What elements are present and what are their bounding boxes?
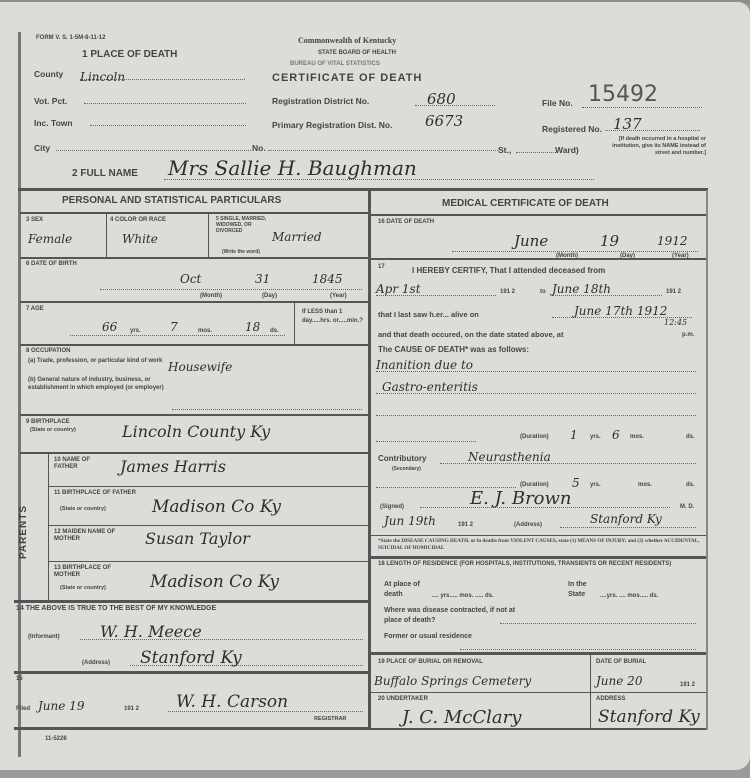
signed-address-field: Stanford Ky (560, 510, 696, 528)
date-of-death-field: June 19 1912 (452, 234, 698, 252)
father-birthplace-value: Madison Co Ky (152, 497, 281, 517)
registration-district-label: Registration District No. (272, 96, 369, 106)
inc-town-field (90, 116, 246, 126)
signed-year: 191 2 (458, 522, 473, 528)
rule (370, 258, 706, 260)
certify-text: I HEREBY CERTIFY, That I attended deceas… (412, 266, 605, 275)
contributory-field: Neurasthenia (440, 448, 696, 464)
contrib-ds-caption: ds. (686, 482, 695, 488)
cause-label: The CAUSE OF DEATH* was as follows: (378, 345, 529, 354)
employer-field (172, 404, 362, 410)
primary-registration-value: 6673 (425, 112, 463, 130)
informant-label: (Informant) (28, 634, 60, 640)
age-field: 66 yrs. 7 mos. 18 ds. (70, 320, 285, 336)
death-time-suffix: p.m. (682, 332, 694, 338)
death-certificate: FORM V. S. 1-5M-8-11-12 1 PLACE OF DEATH… (0, 2, 750, 770)
birthplace-sub: (State or country) (30, 427, 76, 433)
contributory-sub: (Secondary) (392, 466, 421, 472)
city-field (56, 141, 251, 151)
full-name-value: Mrs Sallie H. Baughman (164, 156, 417, 180)
occupation-a-label: (a) Trade, profession, or particular kin… (28, 358, 176, 366)
attended-from-year: 191 2 (500, 289, 515, 295)
county-label: County (34, 69, 63, 79)
occupation-b-label: (b) General nature of industry, business… (28, 377, 176, 392)
sex-value: Female (28, 232, 72, 246)
rule (294, 302, 295, 344)
physician-signature-field: E. J. Brown (420, 488, 670, 508)
marital-value: Married (272, 230, 322, 244)
dob-label: 6 DATE OF BIRTH (26, 261, 77, 267)
bureau-heading: BUREAU OF VITAL STATISTICS (290, 61, 380, 67)
rule (20, 257, 368, 259)
undertaker-address-value: Stanford Ky (598, 707, 700, 727)
in-state-label: In the State (568, 580, 602, 600)
registered-number-value: 137 (605, 115, 642, 133)
race-label: 4 COLOR OR RACE (110, 217, 166, 223)
date-of-death-month: June (514, 232, 548, 250)
rule (370, 556, 706, 559)
mother-birthplace-sub: (State or country) (60, 585, 106, 591)
rule (48, 561, 368, 562)
parents-label: PARENTS (18, 492, 48, 572)
rule (106, 213, 107, 257)
ward-field (516, 143, 556, 153)
duration-years: 1 (570, 428, 578, 442)
file-number-value: 15492 (588, 82, 658, 107)
medical-heading: MEDICAL CERTIFICATE OF DEATH (442, 198, 609, 209)
date-of-death-year: 1912 (657, 234, 688, 248)
vot-pct-label: Vot. Pct. (34, 96, 67, 106)
age-months: 7 (170, 320, 178, 334)
last-saw-value: June 17th 1912 (552, 304, 667, 318)
board-heading: STATE BOARD OF HEALTH (318, 50, 396, 56)
rule (370, 535, 706, 536)
right-border (706, 190, 708, 730)
ward-label: Ward) (555, 145, 579, 155)
duration-mos-caption: mos. (630, 434, 644, 440)
day-caption: (Day) (262, 293, 277, 299)
undertaker-address-label: ADDRESS (596, 696, 625, 702)
former-residence-label: Former or usual residence (384, 632, 484, 642)
street-field (268, 141, 498, 151)
less-than-day-label: If LESS than 1 day.....hrs. or.....min.? (302, 308, 366, 326)
occupation-value: Housewife (168, 360, 232, 374)
registrar-label: REGISTRAR (314, 716, 346, 722)
attended-to-field: June 18th (552, 280, 662, 296)
attended-to-year: 191 2 (666, 289, 681, 295)
rule (370, 652, 706, 655)
undertaker-label: 20 UNDERTAKER (378, 696, 428, 702)
rule (14, 727, 368, 730)
duration-months: 6 (612, 428, 620, 442)
mother-birthplace-label: 13 BIRTHPLACE OF MOTHER (54, 565, 134, 579)
dob-month: Oct (180, 272, 201, 286)
marital-note: (Write the word) (222, 249, 260, 255)
hospital-note: [If death occurred in a hospital or inst… (600, 136, 706, 157)
cause-line-1: Inanition due to (376, 356, 696, 372)
date-of-death-day: 19 (600, 232, 619, 250)
primary-registration-label: Primary Registration Dist. No. (272, 120, 392, 130)
commonwealth-heading: Commonwealth of Kentucky (298, 36, 396, 45)
personal-heading: PERSONAL AND STATISTICAL PARTICULARS (62, 195, 281, 206)
burial-date-label: DATE OF BURIAL (596, 659, 646, 665)
father-name-value: James Harris (120, 457, 226, 476)
mother-maiden-name-value: Susan Taylor (145, 529, 250, 548)
registered-number-label: Registered No. (542, 124, 602, 134)
rule (20, 301, 368, 303)
informant-address-label: (Address) (82, 660, 110, 666)
rule (48, 525, 368, 526)
age-days: 18 (245, 320, 260, 334)
contributory-label: Contributory (378, 454, 426, 463)
certify-number: 17 (378, 264, 385, 270)
mos-caption: mos. (198, 328, 212, 334)
rule (20, 344, 368, 346)
age-label: 7 AGE (26, 306, 44, 312)
mother-maiden-name-label: 12 MAIDEN NAME OF MOTHER (54, 529, 134, 543)
attended-from-field: Apr 1st (376, 280, 496, 296)
cause-line-1-value: Inanition due to (376, 358, 473, 372)
informant-value: W. H. Meece (80, 622, 202, 641)
attended-from-value: Apr 1st (376, 282, 421, 296)
informant-address-value: Stanford Ky (130, 648, 242, 668)
file-number-label: File No. (542, 98, 573, 108)
registered-number-field: 137 (605, 115, 700, 131)
burial-date-value: June 20 (596, 674, 642, 688)
rule (14, 671, 368, 674)
cause-footnote: *State the DISEASE CAUSING DEATH, or in … (378, 538, 704, 552)
rule (14, 600, 368, 603)
dob-field: Oct 31 1845 (100, 272, 362, 290)
city-label: City (34, 143, 50, 153)
left-border (18, 32, 21, 757)
certificate-title: CERTIFICATE OF DEATH (272, 72, 422, 84)
place-of-death-heading: 1 PLACE OF DEATH (82, 49, 177, 60)
rule (20, 452, 368, 454)
mother-birthplace-value: Madison Co Ky (150, 572, 279, 592)
occupation-label: 8 OCCUPATION (26, 348, 70, 354)
duration-ds-caption: ds. (686, 434, 695, 440)
signed-label: (Signed) (380, 504, 404, 510)
death-time-value: 12:45 (664, 318, 687, 327)
ds-caption: ds. (270, 328, 279, 334)
header-divider (18, 188, 708, 191)
rule (370, 728, 706, 730)
duration-yrs-caption: yrs. (590, 434, 601, 440)
rule (208, 213, 209, 257)
attended-to-value: June 18th (552, 282, 611, 296)
informant-address-field: Stanford Ky (130, 648, 363, 666)
filed-year: 191 2 (124, 706, 139, 712)
duration-leader (376, 430, 476, 442)
cause-line-3 (376, 404, 696, 416)
at-place-label: At place of death (384, 580, 434, 600)
cause-line-2-value: Gastro-enteritis (376, 380, 478, 394)
rule (370, 214, 706, 216)
death-time-text: and that death occured, on the date stat… (378, 330, 563, 339)
cause-line-2: Gastro-enteritis (376, 378, 696, 394)
race-value: White (122, 232, 158, 246)
last-saw-text: that I last saw h.er... alive on (378, 310, 479, 319)
full-name-label: 2 FULL NAME (72, 168, 138, 179)
column-divider (368, 190, 371, 730)
sex-label: 3 SEX (26, 217, 43, 223)
signed-date: Jun 19th (384, 514, 436, 528)
date-of-death-label: 16 DATE OF DEATH (378, 219, 434, 225)
rule (20, 212, 368, 214)
father-birthplace-sub: (State or country) (60, 506, 106, 512)
dob-year: 1845 (312, 272, 343, 286)
birthplace-value: Lincoln County Ky (122, 422, 270, 441)
age-years: 66 (102, 320, 117, 334)
form-number: FORM V. S. 1-5M-8-11-12 (36, 35, 105, 41)
in-state-yrs: ....yrs. .... mos..... ds. (600, 593, 658, 599)
undertaker-value: J. C. McClary (402, 707, 521, 728)
inc-town-label: Inc. Town (34, 118, 73, 128)
county-field: Lincoln (80, 68, 245, 80)
rule (48, 486, 368, 487)
dob-day: 31 (255, 272, 270, 286)
vot-pct-field (84, 94, 246, 104)
last-saw-field: June 17th 1912 (552, 302, 692, 318)
primary-registration-field: 6673 (425, 112, 463, 131)
st-label: St., (498, 145, 511, 155)
file-number-field: 15492 (582, 86, 702, 108)
contrib-duration-leader (376, 478, 516, 488)
full-name-field: Mrs Sallie H. Baughman (164, 156, 594, 180)
informant-heading: 14 THE ABOVE IS TRUE TO THE BEST OF MY K… (16, 605, 216, 612)
residence-label: 18 LENGTH OF RESIDENCE (FOR HOSPITALS, I… (378, 561, 704, 568)
filed-date-value: June 19 (38, 699, 84, 713)
yrs-caption: yrs. (130, 328, 141, 334)
duration-label: (Duration) (520, 434, 549, 440)
signed-address-value: Stanford Ky (560, 512, 662, 526)
footer-code: 11-5226 (45, 736, 67, 742)
to-label: to (540, 289, 546, 295)
month-caption: (Month) (200, 293, 222, 299)
filed-label: Filed (16, 706, 30, 712)
birthplace-label: 9 BIRTHPLACE (26, 419, 70, 425)
rule (48, 453, 49, 601)
former-residence-field (460, 642, 696, 650)
no-label: No. (252, 143, 266, 153)
informant-field: W. H. Meece (80, 622, 363, 640)
father-birthplace-label: 11 BIRTHPLACE OF FATHER (54, 490, 144, 497)
filed-number: 15 (16, 676, 23, 682)
year-caption: (Year) (330, 293, 347, 299)
contributory-value: Neurasthenia (440, 450, 551, 464)
at-place-yrs: .... yrs..... mos. ..... ds. (432, 593, 494, 599)
rule (370, 692, 706, 693)
burial-date-year: 191 2 (680, 682, 695, 688)
registration-district-value: 680 (415, 90, 456, 108)
signed-address-label: (Address) (514, 522, 542, 528)
registration-district-field: 680 (415, 90, 495, 106)
burial-place-label: 19 PLACE OF BURIAL OR REMOVAL (378, 659, 483, 665)
contracted-field (500, 616, 696, 624)
registrar-signature: W. H. Carson (168, 692, 288, 712)
father-name-label: 10 NAME OF FATHER (54, 457, 114, 471)
registrar-field: W. H. Carson (168, 692, 363, 712)
county-value: Lincoln (80, 70, 125, 84)
marital-label: 5 SINGLE, MARRIED, WIDOWED, OR DIVORCED (216, 216, 272, 234)
burial-place-value: Buffalo Springs Cemetery (374, 674, 531, 688)
rule (20, 414, 368, 416)
physician-signature: E. J. Brown (420, 488, 572, 509)
